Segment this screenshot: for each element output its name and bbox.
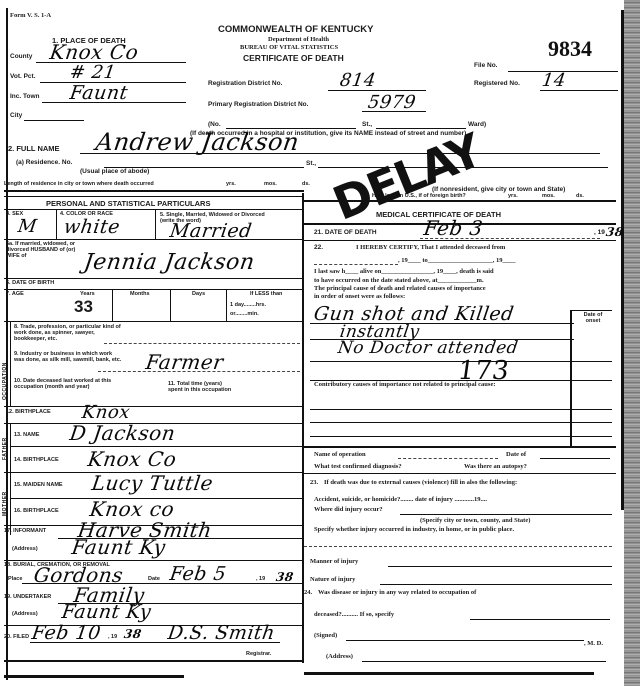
burial-place-label: Place — [8, 576, 22, 582]
header-commonwealth: COMMONWEALTH OF KENTUCKY — [218, 24, 374, 35]
father-side-label: FATHER — [2, 426, 8, 460]
spouse-value: Jennia Jackson — [82, 250, 256, 275]
divider — [98, 371, 300, 372]
days-label: Days — [192, 291, 205, 297]
divider — [4, 675, 184, 678]
divider — [400, 514, 612, 515]
father-name-value: D Jackson — [68, 421, 177, 445]
divider — [4, 560, 302, 561]
certify-number: 22. — [314, 244, 323, 251]
divider — [10, 423, 11, 535]
certify-line2: , 19____ to____________________, 19____ — [398, 257, 516, 264]
divider — [314, 264, 398, 265]
mother-side-label: MOTHER — [2, 476, 8, 516]
divider — [170, 289, 171, 321]
undertaker-label: 19. UNDERTAKER — [4, 594, 51, 600]
residence-st: St., — [306, 160, 316, 167]
divider — [10, 321, 11, 406]
autopsy-question: Was there an autopsy? — [464, 463, 527, 470]
foreign-yrs: yrs. — [508, 193, 518, 199]
undertaker-address-label: (Address) — [12, 611, 38, 617]
personal-section-title: PERSONAL AND STATISTICAL PARTICULARS — [46, 199, 210, 208]
residence-note: (Usual place of abode) — [80, 168, 149, 175]
file-number-stamp: 9834 — [548, 36, 592, 62]
length-underline — [4, 190, 304, 192]
divider — [304, 240, 616, 241]
divider — [540, 458, 610, 459]
less-day: 1 day........hrs. — [230, 302, 266, 308]
filed-value: Feb 10 — [30, 622, 102, 644]
city-label: City — [10, 112, 22, 119]
color-value: white — [62, 216, 121, 238]
undertaker-address-value: Faunt Ky — [60, 601, 152, 623]
filed-year-prefix: , 19 — [108, 634, 117, 640]
primary-reg-district-label: Primary Registration District No. — [208, 101, 308, 108]
personal-top-line — [4, 196, 302, 197]
sex-value: M — [17, 216, 39, 237]
divider — [570, 310, 572, 446]
residence-label: (a) Residence. No. — [16, 159, 72, 166]
divider — [155, 209, 156, 239]
spouse-label: 5a. If married, widowed, or divorced HUS… — [6, 241, 86, 259]
principal-cause: The principal cause of death and related… — [314, 285, 486, 292]
divider — [310, 409, 612, 410]
less-than-label: If LESS than — [250, 291, 282, 297]
county-value: Knox Co — [48, 40, 140, 64]
divider — [304, 546, 612, 547]
test-confirmed: What test confirmed diagnosis? — [314, 463, 402, 470]
header-department: Department of Health — [268, 36, 329, 43]
mother-maiden-value: Lucy Tuttle — [90, 471, 214, 495]
divider — [22, 583, 302, 584]
birthplace-value: Knox — [81, 402, 132, 423]
where-injury: Where did injury occur? — [314, 506, 383, 513]
divider — [310, 422, 612, 423]
city-line — [24, 120, 84, 121]
burial-date-label: Date — [148, 576, 160, 582]
burial-date-value: Feb 5 — [168, 563, 227, 585]
deceased-specify: deceased?.......... If so, specify — [314, 611, 394, 618]
divider — [420, 238, 600, 239]
nature-of-injury: Nature of injury — [310, 576, 355, 583]
file-no-label: File No. — [474, 62, 497, 69]
date-of-operation: Date of — [506, 451, 526, 458]
registered-no-value: 14 — [541, 70, 568, 91]
date-of-death-value: Feb 3 — [422, 216, 484, 240]
occupation-question: Was disease or injury in any way related… — [318, 589, 476, 596]
last-saw: I last saw h____ alive on_______________… — [314, 268, 494, 275]
divider — [362, 661, 606, 662]
no-label: (No. — [208, 121, 221, 128]
age-label: 7. AGE — [6, 291, 24, 297]
external-number: 23. — [310, 479, 318, 486]
external-causes: If death was due to external causes (vio… — [324, 479, 614, 487]
specify-whether: Specify whether injury occurred in indus… — [314, 526, 610, 534]
manner-of-injury: Manner of injury — [310, 558, 358, 565]
informant-address-value: Faunt Ky — [70, 535, 167, 559]
full-name-value: Andrew Jackson — [94, 128, 301, 156]
last-worked-label: 10. Date deceased last worked at this oc… — [14, 378, 124, 390]
months-label: Months — [130, 291, 150, 297]
years-value: 33 — [74, 297, 93, 317]
divider — [4, 239, 302, 240]
divider — [398, 458, 498, 459]
vot-pct-value: # 21 — [69, 62, 118, 83]
divider — [470, 619, 610, 620]
divider — [570, 310, 612, 311]
personal-title-line — [4, 209, 302, 210]
filed-year-value: 38 — [123, 627, 143, 641]
foreign-ds: ds. — [576, 193, 584, 199]
header-certificate: CERTIFICATE OF DEATH — [243, 53, 344, 63]
contributory-causes: Contributory causes of importance not re… — [314, 381, 544, 389]
dob-label: 6. DATE OF BIRTH — [6, 280, 54, 286]
divider — [4, 406, 302, 407]
divider — [4, 278, 302, 279]
divider — [226, 289, 227, 321]
certify-text: I HEREBY CERTIFY, That I attended deceas… — [356, 244, 505, 251]
divider — [380, 584, 612, 585]
name-of-operation: Name of operation — [314, 451, 366, 458]
foreign-mos: mos. — [542, 193, 555, 199]
signed-label: (Signed) — [314, 632, 337, 639]
inc-town-label: Inc. Town — [10, 93, 40, 100]
father-birthplace-value: Knox Co — [86, 447, 178, 471]
header-bureau: BUREAU OF VITAL STATISTICS — [240, 44, 338, 51]
inc-town-value: Faunt — [68, 82, 129, 104]
divider — [310, 436, 612, 437]
form-id: Form V. S. 1-A — [10, 12, 51, 19]
divider — [304, 672, 594, 675]
registered-no-label: Registered No. — [474, 80, 520, 87]
occurred: to have occurred on the date stated abov… — [314, 277, 484, 284]
divider — [388, 566, 612, 567]
scan-edge — [624, 0, 640, 686]
divider — [304, 473, 616, 474]
divider — [112, 289, 113, 321]
informant-address-label: (Address) — [12, 546, 38, 552]
length-yrs: yrs. — [226, 181, 236, 187]
cause-line-3: No Doctor attended — [337, 338, 520, 358]
industry-label: 9. Industry or business in which work wa… — [14, 351, 124, 363]
filed-label: 20. FILED — [4, 634, 29, 640]
occupation-side-label: OCCUPATION — [2, 330, 8, 400]
total-time-label: 11. Total time (years) spent in this occ… — [168, 381, 238, 393]
divider — [304, 446, 616, 448]
father-name-label: 13. NAME — [14, 432, 39, 438]
divider — [56, 209, 57, 239]
date-of-onset-label: Date of onset — [576, 312, 610, 324]
occupation-number: 24. — [304, 589, 312, 596]
length-residence-label: Length of residence in city or town wher… — [4, 181, 154, 187]
accident-question: Accident, suicide, or homicide?........ … — [314, 496, 487, 503]
birthplace-label: 12. BIRTHPLACE — [6, 409, 51, 415]
mother-maiden-label: 15. MAIDEN NAME — [14, 482, 63, 488]
vot-pct-label: Vot. Pct. — [10, 73, 36, 80]
trade-label: 8. Trade, profession, or particular kind… — [14, 324, 124, 342]
date-year-value: 38 — [605, 225, 625, 239]
length-mos: mos. — [264, 181, 277, 187]
burial-year-value: 38 — [275, 570, 295, 584]
divider — [346, 640, 584, 641]
mother-birthplace-label: 16. BIRTHPLACE — [14, 508, 59, 514]
order-of-onset: in order of onset were as follows: — [314, 293, 405, 300]
divider — [4, 660, 302, 662]
md-label: , M. D. — [584, 640, 603, 647]
date-of-death-label: 21. DATE OF DEATH — [314, 229, 377, 236]
length-ds: ds. — [302, 181, 310, 187]
ward-label: Ward) — [468, 121, 486, 128]
divider — [30, 642, 280, 643]
primary-reg-district-value: 5979 — [367, 92, 418, 113]
informant-label: 17. INFORMANT — [4, 528, 46, 534]
less-min: or........min. — [230, 311, 259, 317]
divider — [4, 321, 302, 322]
st-label: St., — [362, 121, 372, 128]
full-name-label: 2. FULL NAME — [8, 144, 60, 153]
divider — [4, 289, 302, 290]
reg-district-label: Registration District No. — [208, 80, 282, 87]
registrar-label: Registrar. — [246, 651, 271, 657]
address-label: (Address) — [326, 653, 353, 660]
county-label: County — [10, 53, 32, 60]
specify-city: (Specify city or town, county, and State… — [420, 517, 530, 524]
date-year-prefix: , 19 — [594, 229, 605, 236]
reg-district-value: 814 — [339, 70, 378, 91]
scan-edge-shadow — [621, 10, 624, 510]
father-birthplace-label: 14. BIRTHPLACE — [14, 457, 59, 463]
burial-year-prefix: , 19 — [256, 576, 265, 582]
divider — [104, 343, 300, 344]
registrar-signature: D.S. Smith — [166, 622, 276, 644]
